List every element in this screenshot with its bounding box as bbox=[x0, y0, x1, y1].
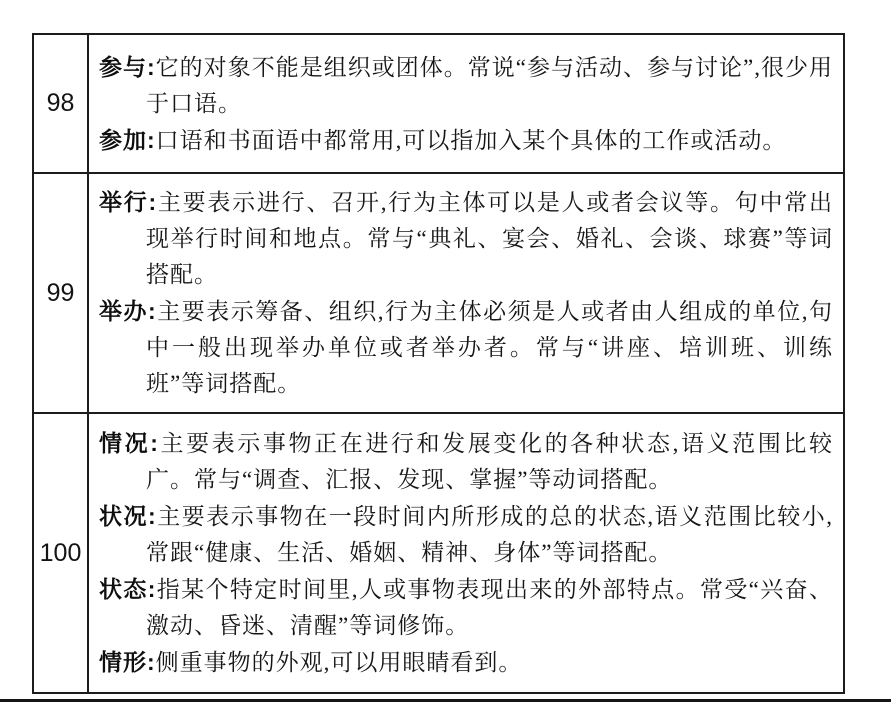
entry-definition: 主要表示筹备、组织,行为主体必须是人或者由人组成的单位,句中一般出现举办单位或者… bbox=[146, 299, 833, 396]
table-row-98: 98 参与:它的对象不能是组织或团体。常说“参与活动、参与讨论”,很少用于口语。… bbox=[34, 35, 843, 174]
row-content: 参与:它的对象不能是组织或团体。常说“参与活动、参与讨论”,很少用于口语。 参加… bbox=[89, 35, 843, 172]
row-number: 99 bbox=[34, 174, 89, 412]
dictionary-entry: 状态:指某个特定时间里,人或事物表现出来的外部特点。常受“兴奋、激动、昏迷、清醒… bbox=[99, 571, 833, 644]
entry-term: 参与: bbox=[99, 54, 156, 80]
dictionary-entry: 情况:主要表示事物正在进行和发展变化的各种状态,语义范围比较广。常与“调查、汇报… bbox=[99, 425, 833, 498]
row-content: 举行:主要表示进行、召开,行为主体可以是人或者会议等。句中常出现举行时间和地点。… bbox=[89, 174, 843, 412]
table-row-100: 100 情况:主要表示事物正在进行和发展变化的各种状态,语义范围比较广。常与“调… bbox=[34, 414, 843, 692]
scanned-page: 98 参与:它的对象不能是组织或团体。常说“参与活动、参与讨论”,很少用于口语。… bbox=[0, 0, 891, 705]
entry-term: 情形: bbox=[99, 649, 156, 675]
entry-definition: 主要表示事物在一段时间内所形成的总的状态,语义范围比较小,常跟“健康、生活、婚姻… bbox=[146, 504, 833, 565]
dictionary-entry: 情形:侧重事物的外观,可以用眼睛看到。 bbox=[99, 644, 833, 681]
entry-term: 状况: bbox=[99, 503, 157, 529]
entry-definition: 主要表示进行、召开,行为主体可以是人或者会议等。句中常出现举行时间和地点。常与“… bbox=[146, 190, 833, 287]
dictionary-entry: 举行:主要表示进行、召开,行为主体可以是人或者会议等。句中常出现举行时间和地点。… bbox=[99, 184, 833, 293]
row-number: 100 bbox=[34, 414, 89, 692]
row-content: 情况:主要表示事物正在进行和发展变化的各种状态,语义范围比较广。常与“调查、汇报… bbox=[89, 414, 843, 692]
dictionary-entry: 参加:口语和书面语中都常用,可以指加入某个具体的工作或活动。 bbox=[99, 122, 833, 159]
vocab-comparison-table: 98 参与:它的对象不能是组织或团体。常说“参与活动、参与讨论”,很少用于口语。… bbox=[32, 33, 845, 694]
entry-definition: 主要表示事物正在进行和发展变化的各种状态,语义范围比较广。常与“调查、汇报、发现… bbox=[146, 431, 833, 492]
entry-term: 参加: bbox=[99, 127, 156, 153]
dictionary-entry: 参与:它的对象不能是组织或团体。常说“参与活动、参与讨论”,很少用于口语。 bbox=[99, 49, 833, 122]
entry-definition: 指某个特定时间里,人或事物表现出来的外部特点。常受“兴奋、激动、昏迷、清醒”等词… bbox=[146, 577, 833, 638]
dictionary-entry: 状况:主要表示事物在一段时间内所形成的总的状态,语义范围比较小,常跟“健康、生活… bbox=[99, 498, 833, 571]
entry-definition: 侧重事物的外观,可以用眼睛看到。 bbox=[156, 650, 523, 675]
entry-term: 举行: bbox=[99, 189, 157, 215]
entry-definition: 口语和书面语中都常用,可以指加入某个具体的工作或活动。 bbox=[156, 128, 787, 153]
entry-term: 情况: bbox=[99, 430, 159, 456]
dictionary-entry: 举办:主要表示筹备、组织,行为主体必须是人或者由人组成的单位,句中一般出现举办单… bbox=[99, 293, 833, 402]
page-footer-rule bbox=[0, 699, 891, 702]
entry-term: 举办: bbox=[99, 298, 157, 324]
row-number: 98 bbox=[34, 35, 89, 172]
table-row-99: 99 举行:主要表示进行、召开,行为主体可以是人或者会议等。句中常出现举行时间和… bbox=[34, 174, 843, 414]
entry-term: 状态: bbox=[99, 576, 156, 602]
entry-definition: 它的对象不能是组织或团体。常说“参与活动、参与讨论”,很少用于口语。 bbox=[146, 55, 833, 116]
